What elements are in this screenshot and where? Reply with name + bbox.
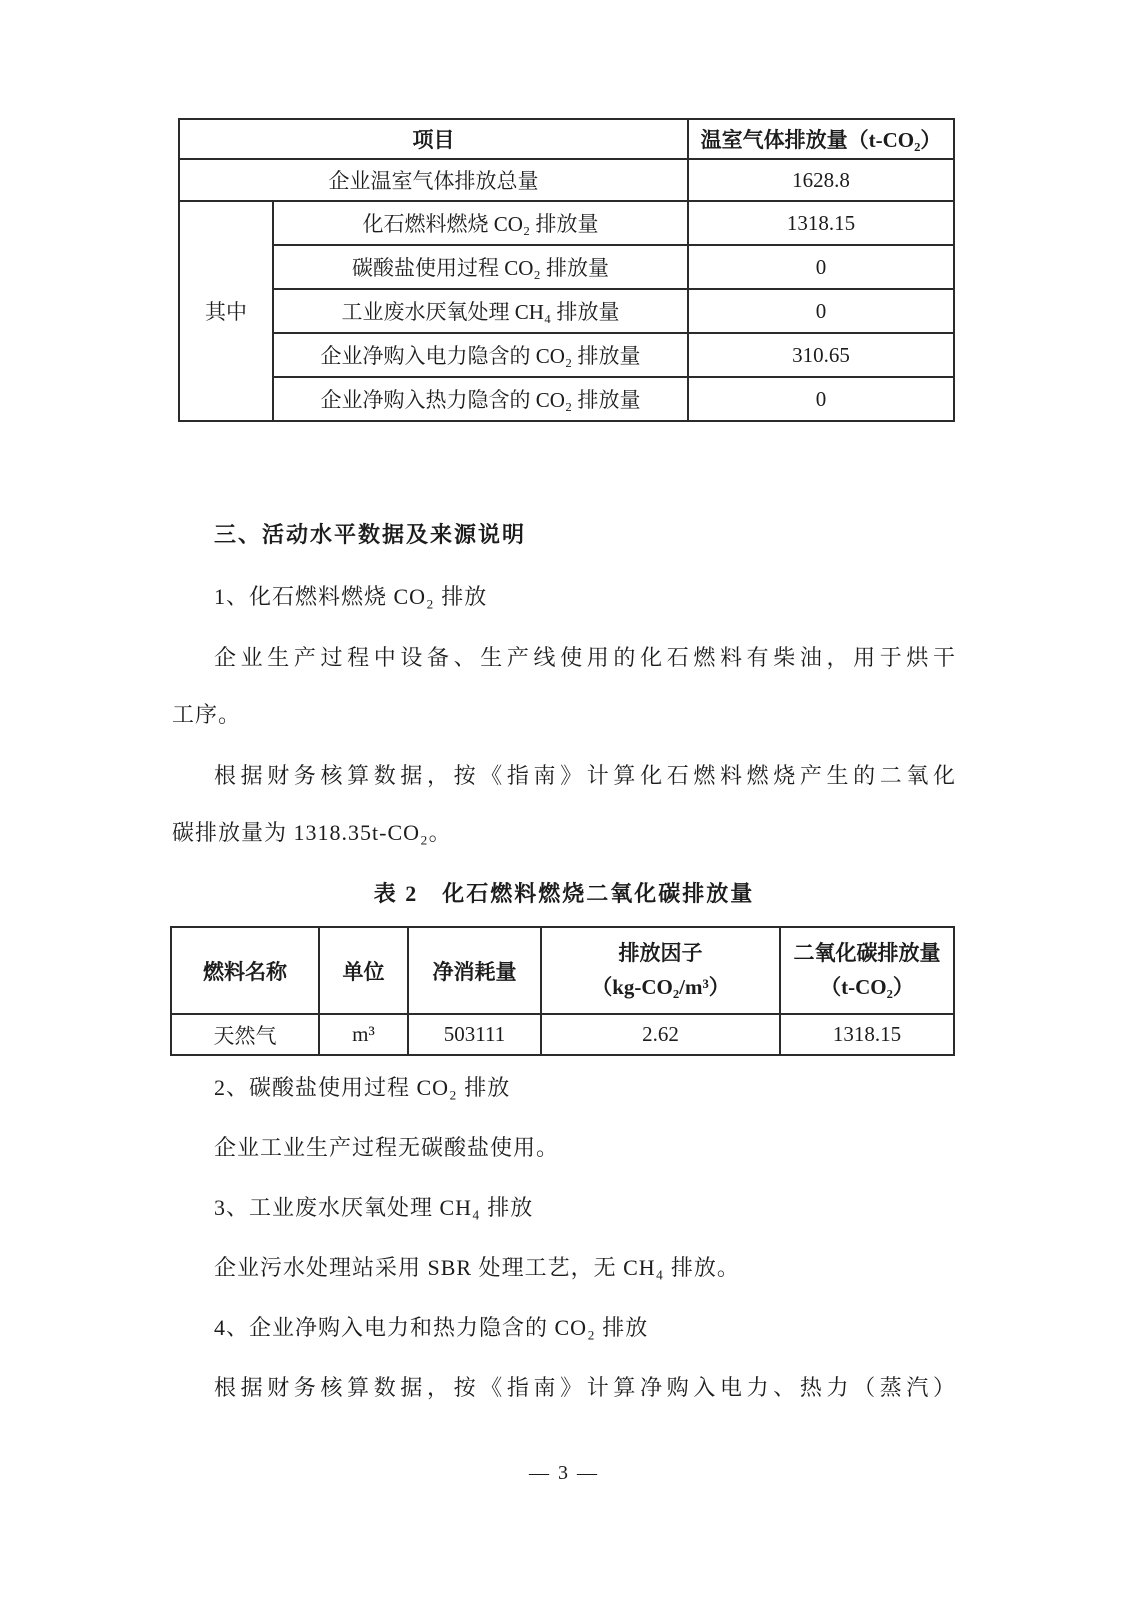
summary-total-value: 1628.8 xyxy=(688,159,954,201)
summary-row-value: 0 xyxy=(688,245,954,289)
page-number: — 3 — xyxy=(172,1462,956,1485)
summary-header-value: 温室气体排放量（t-CO₂） xyxy=(688,119,954,159)
emissions-summary-table: 项目 温室气体排放量（t-CO₂） 企业温室气体排放总量 1628.8 其中 化… xyxy=(178,118,955,422)
fuel-cell-emission: 1318.15 xyxy=(780,1014,954,1055)
paragraph-line: 根据财务核算数据，按《指南》计算净购入电力、热力（蒸汽） xyxy=(214,1374,956,1402)
list-item-1: 1、化石燃料燃烧 CO₂ 排放 xyxy=(214,583,487,611)
paragraph-line: 碳排放量为 1318.35t-CO₂。 xyxy=(172,819,452,847)
list-item-2: 2、碳酸盐使用过程 CO₂ 排放 xyxy=(214,1074,510,1102)
document-page: 项目 温室气体排放量（t-CO₂） 企业温室气体排放总量 1628.8 其中 化… xyxy=(0,0,1131,1600)
summary-total-label: 企业温室气体排放总量 xyxy=(179,159,688,201)
fuel-header-emission: 二氧化碳排放量 （t-CO₂） xyxy=(780,927,954,1014)
fuel-cell-consumption: 503111 xyxy=(408,1014,541,1055)
fuel-header-factor-line2: （kg-CO₂/m³） xyxy=(546,971,775,1005)
fuel-header-unit: 单位 xyxy=(319,927,408,1014)
summary-row-label: 工业废水厌氧处理 CH₄ 排放量 xyxy=(273,289,688,333)
summary-group-label: 其中 xyxy=(179,201,273,421)
summary-row-label: 碳酸盐使用过程 CO₂ 排放量 xyxy=(273,245,688,289)
summary-row-value: 0 xyxy=(688,289,954,333)
summary-row-label: 企业净购入电力隐含的 CO₂ 排放量 xyxy=(273,333,688,377)
summary-row-value: 0 xyxy=(688,377,954,421)
paragraph-line: 企业生产过程中设备、生产线使用的化石燃料有柴油，用于烘干 xyxy=(214,644,956,672)
list-item-3: 3、工业废水厌氧处理 CH₄ 排放 xyxy=(214,1194,533,1222)
fuel-header-factor-line1: 排放因子 xyxy=(546,937,775,971)
table2-title: 表 2 化石燃料燃烧二氧化碳排放量 xyxy=(172,880,956,908)
summary-header-item: 项目 xyxy=(179,119,688,159)
fuel-header-emission-line1: 二氧化碳排放量 xyxy=(785,937,949,971)
summary-row-label: 化石燃料燃烧 CO₂ 排放量 xyxy=(273,201,688,245)
paragraph-line: 企业工业生产过程无碳酸盐使用。 xyxy=(214,1134,559,1162)
paragraph-line: 工序。 xyxy=(172,701,241,729)
fuel-emissions-table: 燃料名称 单位 净消耗量 排放因子 （kg-CO₂/m³） 二氧化碳排放量 （t… xyxy=(170,926,955,1056)
fuel-header-name: 燃料名称 xyxy=(171,927,319,1014)
list-item-4: 4、企业净购入电力和热力隐含的 CO₂ 排放 xyxy=(214,1314,648,1342)
fuel-header-factor: 排放因子 （kg-CO₂/m³） xyxy=(541,927,780,1014)
summary-row-value: 310.65 xyxy=(688,333,954,377)
section-heading: 三、活动水平数据及来源说明 xyxy=(214,521,526,549)
fuel-cell-factor: 2.62 xyxy=(541,1014,780,1055)
fuel-header-consumption: 净消耗量 xyxy=(408,927,541,1014)
fuel-header-emission-line2: （t-CO₂） xyxy=(785,971,949,1005)
summary-row-value: 1318.15 xyxy=(688,201,954,245)
fuel-cell-unit: m³ xyxy=(319,1014,408,1055)
summary-row-label: 企业净购入热力隐含的 CO₂ 排放量 xyxy=(273,377,688,421)
fuel-cell-name: 天然气 xyxy=(171,1014,319,1055)
paragraph-line: 根据财务核算数据，按《指南》计算化石燃料燃烧产生的二氧化 xyxy=(214,762,956,790)
paragraph-line: 企业污水处理站采用 SBR 处理工艺，无 CH₄ 排放。 xyxy=(214,1254,740,1282)
